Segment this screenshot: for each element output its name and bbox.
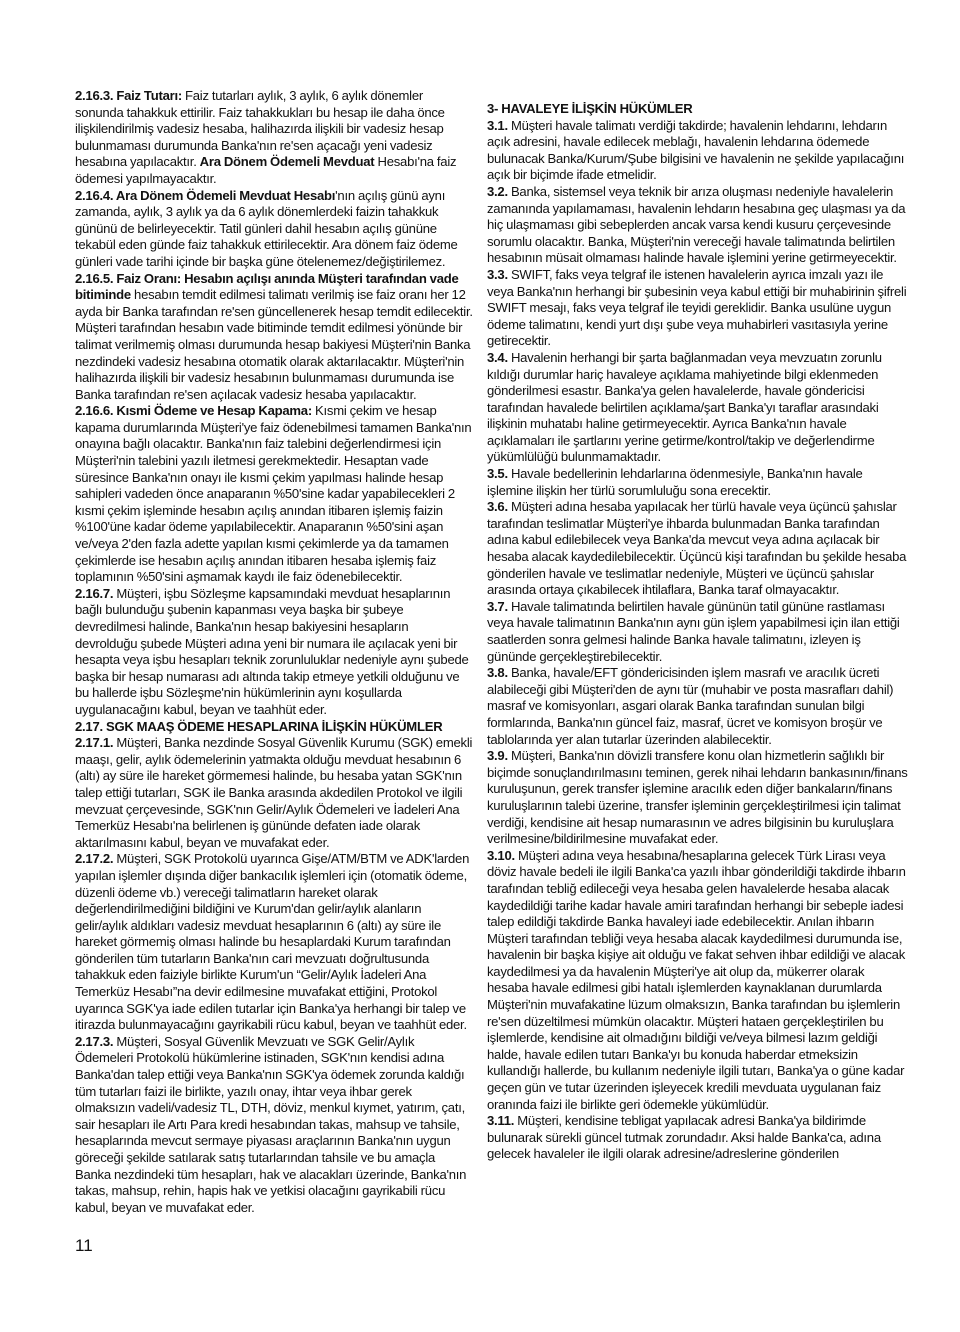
bold-text-run: 3.10. xyxy=(487,848,518,863)
left-column: 2.16.3. Faiz Tutarı: Faiz tutarları aylı… xyxy=(75,88,473,1216)
two-column-layout: 2.16.3. Faiz Tutarı: Faiz tutarları aylı… xyxy=(75,88,908,1216)
text-run: Müşteri adına hesaba yapılacak her türlü… xyxy=(487,499,906,597)
text-run: Havalenin herhangi bir şarta bağlanmadan… xyxy=(487,350,882,465)
bold-text-run: 3.4. xyxy=(487,350,511,365)
section-3-3: 3.3. SWIFT, faks veya telgraf ile istene… xyxy=(487,267,908,350)
bold-text-run: 2.16.7. xyxy=(75,586,116,601)
section-2-17-heading: 2.17. SGK MAAŞ ÖDEME HESAPLARINA İLİŞKİN… xyxy=(75,719,473,736)
section-3-2: 3.2. Banka, sistemsel veya teknik bir ar… xyxy=(487,184,908,267)
bold-text-run: 3.3. xyxy=(487,267,511,282)
text-run: Müşteri, Banka'nın dövizli transfere kon… xyxy=(487,748,908,846)
text-run: Müşteri, Banka nezdinde Sosyal Güvenlik … xyxy=(75,735,472,850)
page-number: 11 xyxy=(75,1236,93,1256)
bold-text-run: 2.16.4. Ara Dönem Ödemeli Mevduat Hesabı xyxy=(75,188,335,203)
bold-text-run: 3.11. xyxy=(487,1113,517,1128)
section-2-16-3: 2.16.3. Faiz Tutarı: Faiz tutarları aylı… xyxy=(75,88,473,188)
section-2-16-5: 2.16.5. Faiz Oranı: Hesabın açılışı anın… xyxy=(75,271,473,404)
text-run: Banka, havale/EFT göndericisinden işlem … xyxy=(487,665,893,746)
bold-text-run: 3.5. xyxy=(487,466,511,481)
text-run: Müşteri, işbu Sözleşme kapsamındaki mevd… xyxy=(75,586,469,717)
section-2-17-1: 2.17.1. Müşteri, Banka nezdinde Sosyal G… xyxy=(75,735,473,851)
section-3-1: 3.1. Müşteri havale talimatı verdiği tak… xyxy=(487,118,908,184)
text-run: hesabın temdit edilmesi talimatı verilmi… xyxy=(75,287,473,402)
text-run: Kısmi çekim ve hesap kapama durumlarında… xyxy=(75,403,471,584)
bold-text-run: 3.9. xyxy=(487,748,511,763)
section-3-6: 3.6. Müşteri adına hesaba yapılacak her … xyxy=(487,499,908,599)
section-3-10: 3.10. Müşteri adına veya hesabına/hesapl… xyxy=(487,848,908,1114)
bold-text-run: 3.2. xyxy=(487,184,511,199)
text-run: Havale talimatında belirtilen havale gün… xyxy=(487,599,900,664)
section-3-8: 3.8. Banka, havale/EFT göndericisinden i… xyxy=(487,665,908,748)
section-3-9: 3.9. Müşteri, Banka'nın dövizli transfer… xyxy=(487,748,908,848)
bold-text-run: 2.17.3. xyxy=(75,1034,116,1049)
bold-text-run: 2.16.3. Faiz Tutarı: xyxy=(75,88,185,103)
bold-text-run: 3.8. xyxy=(487,665,511,680)
bold-text-run: 2.17.1. xyxy=(75,735,116,750)
section-3-11: 3.11. Müşteri, kendisine tebligat yapıla… xyxy=(487,1113,908,1163)
text-run: SWIFT, faks veya telgraf ile istenen hav… xyxy=(487,267,906,348)
section-3-7: 3.7. Havale talimatında belirtilen haval… xyxy=(487,599,908,665)
text-run: Müşteri, Sosyal Güvenlik Mevzuatı ve SGK… xyxy=(75,1034,466,1215)
text-run: Müşteri adına veya hesabına/hesaplarına … xyxy=(487,848,906,1112)
text-run: Müşteri, SGK Protokolü uyarınca Gişe/ATM… xyxy=(75,851,469,1032)
text-run: Havale bedellerinin lehdarlarına ödenmes… xyxy=(487,466,863,498)
section-3-heading: 3- HAVALEYE İLİŞKİN HÜKÜMLER xyxy=(487,101,908,118)
section-3-4: 3.4. Havalenin herhangi bir şarta bağlan… xyxy=(487,350,908,466)
bold-text-run: 2.17.2. xyxy=(75,851,116,866)
bold-text-run: 2.17. SGK MAAŞ ÖDEME HESAPLARINA İLİŞKİN… xyxy=(75,719,442,734)
section-2-16-7: 2.16.7. Müşteri, işbu Sözleşme kapsamınd… xyxy=(75,586,473,719)
section-2-17-3: 2.17.3. Müşteri, Sosyal Güvenlik Mevzuat… xyxy=(75,1034,473,1217)
document-page: 2.16.3. Faiz Tutarı: Faiz tutarları aylı… xyxy=(0,0,960,1332)
bold-text-run: 2.16.6. Kısmi Ödeme ve Hesap Kapama: xyxy=(75,403,315,418)
section-2-16-4: 2.16.4. Ara Dönem Ödemeli Mevduat Hesabı… xyxy=(75,188,473,271)
text-run: Banka, sistemsel veya teknik bir arıza o… xyxy=(487,184,905,265)
bold-text-run: 3.7. xyxy=(487,599,511,614)
bold-text-run: Ara Dönem Ödemeli Mevduat xyxy=(200,154,378,169)
section-2-17-2: 2.17.2. Müşteri, SGK Protokolü uyarınca … xyxy=(75,851,473,1034)
right-column: 3- HAVALEYE İLİŞKİN HÜKÜMLER3.1. Müşteri… xyxy=(487,88,908,1163)
bold-text-run: 3.1. xyxy=(487,118,511,133)
bold-text-run: 3.6. xyxy=(487,499,511,514)
bold-text-run: 3- HAVALEYE İLİŞKİN HÜKÜMLER xyxy=(487,101,693,116)
text-run: Müşteri havale talimatı verdiği takdirde… xyxy=(487,118,904,183)
section-3-5: 3.5. Havale bedellerinin lehdarlarına öd… xyxy=(487,466,908,499)
section-2-16-6: 2.16.6. Kısmi Ödeme ve Hesap Kapama: Kıs… xyxy=(75,403,473,586)
text-run: Müşteri, kendisine tebligat yapılacak ad… xyxy=(487,1113,881,1161)
